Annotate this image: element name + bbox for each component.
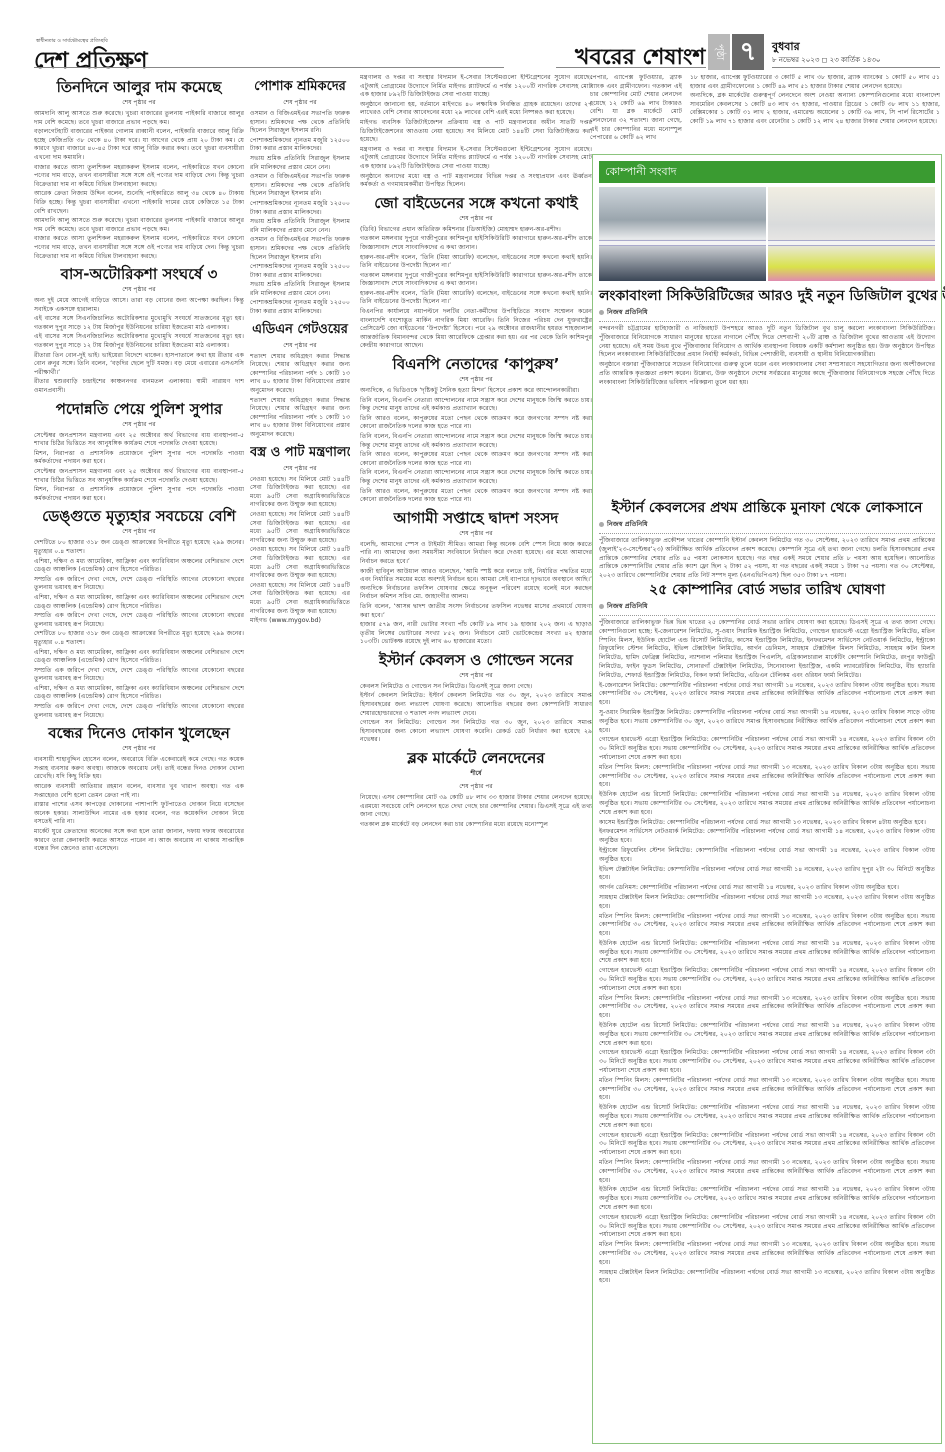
paragraph: গোল্ডেন হারভেস্ট এগ্রো ইন্ডাস্ট্রিজ লিমি… bbox=[599, 1214, 935, 1240]
article-bus-collision: বাস-অটোরিকশা সংঘর্ষে ৩ শেষ পৃষ্ঠার পর অন… bbox=[34, 265, 244, 396]
byline-text: নিজস্ব প্রতিনিধি bbox=[607, 308, 648, 316]
paragraph: ইস্টার্ন কেবলস লিমিটেড: ইস্টার্ন কেবলস ল… bbox=[360, 692, 592, 718]
byline: নিজস্ব প্রতিনিধি bbox=[599, 601, 935, 612]
paragraph: (ডিবি) বিভাগের প্রধান অতিরিক্ত কমিশনার (… bbox=[360, 226, 592, 235]
article-eastern-cables-loss: ইস্টার্ন কেবলসের প্রথম প্রান্তিকে মুনাফা… bbox=[599, 499, 935, 582]
article-potato-price: তিনদিনে আলুর দাম কমেছে শেষ পৃষ্ঠার পর আম… bbox=[34, 78, 244, 261]
paragraph: শতাংশ শেয়ার অধিগ্রহণ করার সিদ্ধান্ত নিয… bbox=[250, 397, 350, 440]
paragraph: মতিন স্পিনিং মিলস: কোম্পানিটির পরিচালনা … bbox=[599, 764, 935, 790]
paragraph: অন্যদিকে, ব্লক মার্কেটের গুরুত্বপূর্ণ লে… bbox=[690, 92, 940, 126]
continued-label: শেষ পৃষ্ঠার পর bbox=[250, 97, 350, 108]
paragraph: এই বাসের সঙ্গে সিএনজিচালিত অটোরিকশার মুখ… bbox=[34, 315, 244, 332]
paragraph: মন্ত্রণালয় ও দপ্তর বা সংস্থার বিদ্যমান … bbox=[360, 146, 592, 172]
company-news-header: কোম্পানী সংবাদ bbox=[599, 161, 935, 183]
paragraph: তিনি বলেন, ‘আসন্ন দ্বাদশ জাতীয় সংসদ নির… bbox=[360, 603, 592, 620]
article-bnp-leaders: বিএনপি নেতাদের ‘কাপুরুষ’ শেষ পৃষ্ঠার পর … bbox=[360, 355, 592, 505]
paragraph: সেপ্টেম্বর জনপ্রশাসন মন্ত্রণালয় এবং ২৫ … bbox=[34, 432, 244, 449]
paragraph: মিশন, নিরাপত্তা ও প্রশাসনিক প্রয়োজনে পু… bbox=[34, 486, 244, 503]
article-dengue: ডেঙ্গুতে মৃত্যুহার সবচেয়ে বেশি শেষ পৃষ্… bbox=[34, 507, 244, 720]
paragraph: বলেছি, আমাদের স্পেস ও টাইমটা সীমিত। আমরা… bbox=[360, 541, 592, 567]
article-headline[interactable]: বন্ধের দিনেও দোকান খুলেছেন bbox=[34, 724, 244, 742]
article-eastern-cables-golden-son: ইস্টার্ন কেবলস ও গোল্ডেন সনের শেষ পৃষ্ঠা… bbox=[360, 651, 592, 745]
byline-text: নিজস্ব প্রতিনিধি bbox=[607, 602, 648, 610]
photo-right-ribbon-cutting bbox=[768, 187, 935, 281]
paragraph: তিনি আরও বলেন, কাপুরুষের মতো পেছন থেকে আ… bbox=[360, 415, 592, 432]
article-headline[interactable]: ২৫ কোম্পানির বোর্ড সভার তারিখ ঘোষণা bbox=[599, 581, 935, 599]
paragraph: এশিয়া, দক্ষিণ ও মধ্য আমেরিকা, আফ্রিকা এ… bbox=[34, 558, 244, 575]
article-headline[interactable]: বিএনপি নেতাদের ‘কাপুরুষ’ bbox=[360, 355, 592, 373]
article-headline[interactable]: ইস্টার্ন কেবলসের প্রথম প্রান্তিকে মুনাফা… bbox=[599, 499, 935, 517]
paragraph: অনুষ্ঠানে অন্যদের মধ্যে বস্ত্র ও পাট মন্… bbox=[360, 173, 592, 190]
paragraph: সভায় শ্রমিক প্রতিনিধি সিরাজুল ইসলাম রনি… bbox=[250, 281, 350, 298]
continued-label: শেষ পৃষ্ঠার পর bbox=[360, 374, 592, 385]
continued-label: শেষ পৃষ্ঠার পর bbox=[34, 419, 244, 430]
continued-label: শেষ পৃষ্ঠার পর bbox=[360, 213, 592, 224]
bullet-icon bbox=[599, 604, 604, 609]
paragraph: গোল্ডেন হারভেস্ট এগ্রো ইন্ডাস্ট্রিজ লিমি… bbox=[599, 1049, 935, 1075]
article-block-market: ব্লক মার্কেটে লেনদেনের শীর্ষে শেষ পৃষ্ঠা… bbox=[360, 749, 592, 829]
paragraph: ইউনিক হোটেল এন্ড রিসোর্ট লিমিটেড: কোম্পা… bbox=[599, 940, 935, 966]
paragraph: তিনি আরও বলেন, কাপুরুষের মতো পেছন থেকে আ… bbox=[360, 488, 592, 505]
byline-text: নিজস্ব প্রতিনিধি bbox=[607, 520, 648, 528]
ribbon bbox=[599, 240, 766, 246]
paragraph: ই-জেনারেশন লিমিটেড: কোম্পানিটির পরিচালনা… bbox=[599, 682, 935, 708]
paragraph: রীতার শ্বশুরবাড়ি চন্দ্রাইশের কাঞ্চননগর … bbox=[34, 378, 244, 395]
article-body: দেশটিতে ৮০ হাজার ৩১৮ জন ডেঙ্গু আক্রান্তে… bbox=[34, 539, 244, 720]
continued-label: শেষ পৃষ্ঠার পর bbox=[34, 743, 244, 754]
masthead: স্বাধীনতার ও সার্বভৌমত্বের প্রতিচ্ছবি দে… bbox=[0, 0, 945, 72]
article-headline[interactable]: আগামী সপ্তাহে দ্বাদশ সংসদ bbox=[360, 509, 592, 527]
paragraph: দেশটিতে ৮০ হাজার ৩১৮ জন ডেঙ্গু আক্রান্তে… bbox=[34, 539, 244, 556]
paragraph: কাসেম ইন্ডাস্ট্রিজ লিমিটেড: কোম্পানিটির … bbox=[599, 819, 935, 828]
paragraph: আর্গন ডেনিমস: কোম্পানিটির পরিচালনা পর্ষদ… bbox=[599, 884, 935, 893]
paragraph: আমদানি আলু আসতে শুরু করেছে। খুচরা বাজারে… bbox=[34, 217, 244, 234]
paragraph: সভায় শ্রমিক প্রতিনিধি সিরাজুল ইসলাম রনি… bbox=[250, 218, 350, 235]
column-left: তিনদিনে আলুর দাম কমেছে শেষ পৃষ্ঠার পর আম… bbox=[34, 74, 244, 1444]
paragraph: পোশাকশ্রমিকদের ন্যূনতম মজুরি ১২৫০০ টাকা … bbox=[250, 200, 350, 217]
header-divider bbox=[772, 67, 940, 68]
paragraph: নেওয়া হয়েছে। সব মিলিয়ে মোট ১৪৪টি সেবা… bbox=[250, 582, 350, 616]
paragraph: মন্ত্রণালয় ও দপ্তর বা সংস্থার বিদ্যমান … bbox=[360, 74, 592, 100]
paragraph: ইনফরমেশন সার্ভিসেস নেটওয়ার্ক লিমিটেড: ক… bbox=[599, 828, 935, 846]
article-body: পেপার, এ্যাপেক্স ফুটওয়্যার, ব্র্যাক ব্য… bbox=[590, 74, 682, 143]
paragraph: অনুষ্ঠানে বক্তারা পুঁজিবাজারে সচেতন বিনি… bbox=[599, 361, 935, 387]
article-body: অন্য দুই মেয়ে আগেই বাড়িতে আসে। তারা বড… bbox=[34, 297, 244, 396]
paragraph: মতিন স্পিনিং মিলস: কোম্পানিটির পরিচালনা … bbox=[599, 913, 935, 939]
continued-label: শেষ পৃষ্ঠার পর bbox=[250, 340, 350, 351]
article-body: পুঁজিবাজারে তালিকাভুক্ত ভিন্ন ভিন্ন খাতে… bbox=[599, 619, 935, 1286]
paragraph: মাইগভ ব্যবসিক ডিজিটাইজেশন প্রক্রিয়ায় ব… bbox=[360, 119, 592, 145]
paragraph: কাজী হাবিবুল আউয়াল আরও বলেছেন, ‘আমি স্প… bbox=[360, 568, 592, 602]
paragraph: মতিন স্পিনিং মিলস: কোম্পানিটির পরিচালনা … bbox=[599, 1241, 935, 1267]
paragraph: নিয়েছে। এসব কোম্পানির মোট ৩৯ কোটি ৪৮ লা… bbox=[360, 794, 592, 820]
continued-label: শেষ পৃষ্ঠার পর bbox=[250, 463, 350, 474]
company-news-box: কোম্পানী সংবাদ লংকাবাংলা সিকিউরিটিজের আর… bbox=[592, 154, 942, 1444]
paragraph: তিনি আরও বলেন, কাপুরুষের মতো পেছন থেকে আ… bbox=[360, 451, 592, 468]
paragraph: তিনি বলেন, বিএনপি নেতারা আন্দোলনের নামে … bbox=[360, 469, 592, 486]
paragraph: সেপ্টেম্বর জনপ্রশাসন মন্ত্রণালয় এবং ২৫ … bbox=[34, 468, 244, 485]
article-headline[interactable]: এডিএন গেটওয়ের bbox=[250, 321, 350, 339]
issue-date: ৮ নভেম্বর ২০২৩ ◻ ২৩ কার্তিক ১৪৩০ bbox=[772, 54, 880, 66]
paragraph: বড়ালগেটহাটি বাজারের পাইকার গোলাম রাব্বা… bbox=[34, 128, 244, 162]
paragraph: মার্কেট ঘুরে ক্রেতাদের অনেকের সঙ্গে কথা … bbox=[34, 828, 244, 854]
paragraph: সম্প্রতি এক জরিপে দেখা গেছে, দেশে ডেঙ্গু… bbox=[34, 576, 244, 593]
header-divider bbox=[34, 67, 504, 68]
byline: নিজস্ব প্রতিনিধি bbox=[599, 519, 935, 530]
mygov-link[interactable]: মাইগভ (www.mygov.bd) bbox=[250, 617, 350, 626]
paragraph: তিনি বলেন, বিএনপি নেতারা আন্দোলনের নামে … bbox=[360, 433, 592, 450]
paragraph: ইউনিক হোটেল এন্ড রিসোর্ট লিমিটেড: কোম্পা… bbox=[599, 1186, 935, 1212]
paragraph: পুঁজিবাজারে তালিকাভুক্ত ভিন্ন ভিন্ন খাতে… bbox=[599, 619, 935, 681]
article-garment-workers: পোশাক শ্রমিকদের শেষ পৃষ্ঠার পর ওসমান ও ব… bbox=[250, 78, 350, 317]
article-headline[interactable]: বাস-অটোরিকশা সংঘর্ষে ৩ bbox=[34, 265, 244, 283]
article-headline[interactable]: জো বাইডেনের সঙ্গে কখনো কথাই bbox=[360, 194, 592, 212]
article-shops-open: বন্ধের দিনেও দোকান খুলেছেন শেষ পৃষ্ঠার প… bbox=[34, 724, 244, 854]
paragraph: সায়হাম টেক্সটাইল মিলস লিমিটেড: কোম্পানি… bbox=[599, 894, 935, 912]
paragraph: ব্যবসায়ী শাহাবুদ্দিন হোসেন বলেন, অবরোধে… bbox=[34, 756, 244, 782]
article-body: ওসমান ও বিজিএমইএর সভাপতি ফারুক হাসান। শ্… bbox=[250, 110, 350, 317]
paragraph: সু-ওয়াং সিরামিক ইন্ডাস্ট্রিজ লিমিটেড: ক… bbox=[599, 709, 935, 735]
paragraph: ১৮ হাজার, এ্যাপেক্স ফুটওয়্যারের ৩ কোটি … bbox=[690, 74, 940, 91]
continued-label: শেষ পৃষ্ঠার পর bbox=[34, 97, 244, 108]
article-headline[interactable]: পদোন্নতি পেয়ে পুলিশ সুপার bbox=[34, 400, 244, 418]
continued-label: শেষ পৃষ্ঠার পর bbox=[360, 670, 592, 681]
paragraph: পুঁজিবাজারে তালিকাভুক্ত প্রকৌশল খাতের কো… bbox=[599, 537, 935, 581]
article-lankabangla: লংকাবাংলা সিকিউরিটিজের আরও দুই নতুন ডিজি… bbox=[599, 287, 935, 389]
paragraph: রাস্তার পাশের এসব কাপড়ের দোকানের পাশাপা… bbox=[34, 801, 244, 827]
paragraph: এশিয়া, দক্ষিণ ও মধ্য আমেরিকা, আফ্রিকা এ… bbox=[34, 685, 244, 702]
article-textile-ministry: বস্ত্র ও পাট মন্ত্রণালয়ের শেষ পৃষ্ঠার প… bbox=[250, 444, 350, 626]
continued-label: শেষ পৃষ্ঠার পর bbox=[34, 526, 244, 537]
paragraph: নেওয়া হয়েছে। সব মিলিয়ে মোট ১৪৪টি সেবা… bbox=[250, 476, 350, 510]
paragraph: আরেক ক্রেতা নিজাম উদ্দিন বলেন, শুনেছি পা… bbox=[34, 190, 244, 216]
paragraph: এশিয়া, দক্ষিণ ও মধ্য আমেরিকা, আফ্রিকা এ… bbox=[34, 649, 244, 666]
article-board-meetings: ২৫ কোম্পানির বোর্ড সভার তারিখ ঘোষণা নিজস… bbox=[599, 581, 935, 1436]
article-body: শতাংশ শেয়ার অধিগ্রহণ করার সিদ্ধান্ত নিয… bbox=[250, 353, 350, 440]
article-mygov-continued: মন্ত্রণালয় ও দপ্তর বা সংস্থার বিদ্যমান … bbox=[360, 74, 592, 190]
page-number: ৭ bbox=[732, 34, 764, 70]
article-body: ব্যবসায়ী শাহাবুদ্দিন হোসেন বলেন, অবরোধে… bbox=[34, 756, 244, 854]
paragraph: গোল্ডেন হারভেস্ট এগ্রো ইন্ডাস্ট্রিজ লিমি… bbox=[599, 1132, 935, 1158]
paragraph: পোশাকশ্রমিকদের ন্যূনতম মজুরি ১২৫০০ টাকা … bbox=[250, 299, 350, 316]
paragraph: গতকাল মঙ্গলবার দুপুরে গাজীপুরের কাশিমপুর… bbox=[360, 272, 592, 289]
paragraph: ওসমান ও বিজিএমইএর সভাপতি ফারুক হাসান। শ্… bbox=[250, 173, 350, 199]
inauguration-photo bbox=[599, 187, 935, 281]
header-divider bbox=[556, 67, 706, 68]
article-body: (ডিবি) বিভাগের প্রধান অতিরিক্ত কমিশনার (… bbox=[360, 226, 592, 351]
paragraph: গোল্ডেন হারভেস্ট এগ্রো ইন্ডাস্ট্রিজ লিমি… bbox=[599, 967, 935, 993]
column-middle-narrow: পোশাক শ্রমিকদের শেষ পৃষ্ঠার পর ওসমান ও ব… bbox=[250, 74, 350, 1444]
article-body: মন্ত্রণালয় ও দপ্তর বা সংস্থার বিদ্যমান … bbox=[360, 74, 592, 190]
paragraph: ইভিন্স টেক্সটাইল লিমিটেড: কোম্পানিটির পর… bbox=[599, 866, 935, 884]
paragraph: গতকাল ব্লক মার্কেটে বড় লেনদেন করা চার ক… bbox=[360, 821, 592, 830]
paragraph: পোশাকশ্রমিকদের ন্যূনতম মজুরি ১২৫০০ টাকা … bbox=[250, 263, 350, 280]
article-body: বলেছি, আমাদের স্পেস ও টাইমটা সীমিত। আমরা… bbox=[360, 541, 592, 647]
article-biden: জো বাইডেনের সঙ্গে কখনো কথাই শেষ পৃষ্ঠার … bbox=[360, 194, 592, 351]
article-headline[interactable]: পোশাক শ্রমিকদের bbox=[250, 78, 350, 96]
headline-subtitle: শীর্ষে bbox=[360, 768, 592, 779]
paragraph: নেওয়া হয়েছে। সব মিলিয়ে মোট ১৪৪টি সেবা… bbox=[250, 546, 350, 580]
article-headline[interactable]: বস্ত্র ও পাট মন্ত্রণালয়ের bbox=[250, 444, 350, 462]
article-body: অন্যদিকে, এ ভিডিওকে ‘দৃষ্টিকটু সৈনিক হত্… bbox=[360, 387, 592, 505]
dotted-divider bbox=[599, 533, 935, 534]
ribbon bbox=[768, 240, 935, 246]
paragraph: বন্দরনগরী চট্টগ্রামের হাটহাজারী ও নাজিরহ… bbox=[599, 325, 935, 360]
article-body: পুঁজিবাজারে তালিকাভুক্ত প্রকৌশল খাতের কো… bbox=[599, 537, 935, 581]
article-headline[interactable]: লংকাবাংলা সিকিউরিটিজের আরও দুই নতুন ডিজি… bbox=[599, 287, 935, 305]
article-body: সেপ্টেম্বর জনপ্রশাসন মন্ত্রণালয় এবং ২৫ … bbox=[34, 432, 244, 504]
paragraph: সায়হাম টেক্সটাইল মিলস লিমিটেড: কোম্পানি… bbox=[599, 1269, 935, 1287]
paragraph: হারুন-অর-রশীদ বলেন, ‘তিনি (মিয়া আরেফি) … bbox=[360, 290, 592, 307]
paragraph: হাজার ৫৭৯ জন, নারী ভোটার সংখ্যা পাঁচ কোট… bbox=[360, 621, 592, 647]
paragraph: মতিন স্পিনিং মিলস: কোম্পানিটির পরিচালনা … bbox=[599, 1159, 935, 1185]
paragraph: অন্যদিকে, এ ভিডিওকে ‘দৃষ্টিকটু সৈনিক হত্… bbox=[360, 387, 592, 396]
bullet-icon bbox=[599, 310, 604, 315]
article-police-promotion: পদোন্নতি পেয়ে পুলিশ সুপার শেষ পৃষ্ঠার প… bbox=[34, 400, 244, 504]
article-parliament: আগামী সপ্তাহে দ্বাদশ সংসদ শেষ পৃষ্ঠার পর… bbox=[360, 509, 592, 647]
paragraph: ইউনিক হোটেল এন্ড রিসোর্ট লিমিটেড: কোম্পা… bbox=[599, 1104, 935, 1130]
bullet-icon bbox=[599, 522, 604, 527]
paragraph: আমদানি আলু আসতে শুরু করেছে। খুচরা বাজারে… bbox=[34, 110, 244, 127]
article-body: নেওয়া হয়েছে। সব মিলিয়ে মোট ১৪৪টি সেবা… bbox=[250, 476, 350, 626]
paragraph: শতাংশ শেয়ার অধিগ্রহণ করার সিদ্ধান্ত নিয… bbox=[250, 353, 350, 396]
paragraph: সম্প্রতি এক জরিপে দেখা গেছে, দেশে ডেঙ্গু… bbox=[34, 703, 244, 720]
article-body: বন্দরনগরী চট্টগ্রামের হাটহাজারী ও নাজিরহ… bbox=[599, 325, 935, 388]
continued-label: শেষ পৃষ্ঠার পর bbox=[34, 284, 244, 295]
paragraph: ইউনিক হোটেল এন্ড রিসোর্ট লিমিটেড: কোম্পা… bbox=[599, 791, 935, 817]
paragraph: দেশটিতে ৮০ হাজার ৩১৮ জন ডেঙ্গু আক্রান্তে… bbox=[34, 630, 244, 647]
article-body: আমদানি আলু আসতে শুরু করেছে। খুচরা বাজারে… bbox=[34, 110, 244, 261]
paragraph: সম্প্রতি এক জরিপে দেখা গেছে, দেশে ডেঙ্গু… bbox=[34, 612, 244, 629]
paragraph: বাজার করতে আসা তুলশিকল মহরাকরুল ইসলাম বল… bbox=[34, 235, 244, 261]
article-headline[interactable]: তিনদিনে আলুর দাম কমেছে bbox=[34, 78, 244, 96]
paragraph: মতিন স্পিনিং মিলস: কোম্পানিটির পরিচালনা … bbox=[599, 995, 935, 1021]
article-headline[interactable]: ইস্টার্ন কেবলস ও গোল্ডেন সনের bbox=[360, 651, 592, 669]
photo-left-ribbon-cutting bbox=[599, 187, 766, 281]
paragraph: বাজার করতে আসা তুলশিকল মহরাকরুল ইসলাম বল… bbox=[34, 164, 244, 190]
paragraph: বিএনপির কার্যালয়ে নয়াপল্টনে দলটির নেতা… bbox=[360, 308, 592, 351]
article-headline[interactable]: ব্লক মার্কেটে লেনদেনের bbox=[360, 749, 592, 767]
paragraph: ওসমান ও বিজিএমইএর সভাপতি ফারুক হাসান। শ্… bbox=[250, 236, 350, 262]
paragraph: রীতারা তিন বোন-দুই ভাই। ভাইয়েরা বিদেশে … bbox=[34, 352, 244, 378]
paragraph: গোল্ডেন হারভেস্ট এগ্রো ইন্ডাস্ট্রিজ লিমি… bbox=[599, 736, 935, 762]
section-title: খবরের শেষাংশ bbox=[575, 40, 705, 77]
article-body: কেবলস লিমিটেড ও গোল্ডেন সন লিমিটেড। ডিএস… bbox=[360, 683, 592, 745]
block-market-continuation: পেপার, এ্যাপেক্স ফুটওয়্যার, ব্র্যাক ব্য… bbox=[590, 74, 940, 154]
paragraph: ওসমান ও বিজিএমইএর সভাপতি ফারুক হাসান। শ্… bbox=[250, 110, 350, 136]
paragraph: মতিন স্পিনিং মিলস: কোম্পানিটির পরিচালনা … bbox=[599, 1077, 935, 1103]
paragraph: গতকাল মঙ্গলবার দুপুরে গাজীপুরের কাশিমপুর… bbox=[360, 235, 592, 252]
paragraph: ইউনিক হোটেল এন্ড রিসোর্ট লিমিটেড: কোম্পা… bbox=[599, 1022, 935, 1048]
paragraph: এশিয়া, দক্ষিণ ও মধ্য আমেরিকা, আফ্রিকা এ… bbox=[34, 594, 244, 611]
dotted-divider bbox=[599, 615, 935, 616]
paragraph: হারুন-অর-রশীদ বলেন, ‘তিনি (মিয়া আরেফি) … bbox=[360, 254, 592, 271]
continued-label: শেষ পৃষ্ঠার পর bbox=[360, 781, 592, 792]
paragraph: অনুষ্ঠানে জানানো হয়, বর্তমানে মাইগভে ৪০… bbox=[360, 101, 592, 118]
paragraph: ইন্ট্রাকো রিফুয়েলিং স্টেশন লিমিটেড: কোম… bbox=[599, 847, 935, 865]
paragraph: গোল্ডেন সন লিমিটেড: গোল্ডেন সন লিমিটেড গ… bbox=[360, 719, 592, 745]
byline: নিজস্ব প্রতিনিধি bbox=[599, 307, 935, 318]
paragraph: মিশন, নিরাপত্তা ও প্রশাসনিক প্রয়োজনে পু… bbox=[34, 450, 244, 467]
column-center: মন্ত্রণালয় ও দপ্তর বা সংস্থার বিদ্যমান … bbox=[360, 74, 592, 1444]
paragraph: নেওয়া হয়েছে। সব মিলিয়ে মোট ১৪৪টি সেবা… bbox=[250, 511, 350, 545]
dotted-divider bbox=[599, 321, 935, 322]
paragraph: আরেক ব্যবসায়ী আতিয়ার রহমান বলেন, ব্যবস… bbox=[34, 783, 244, 800]
article-headline[interactable]: ডেঙ্গুতে মৃত্যুহার সবচেয়ে বেশি bbox=[34, 507, 244, 525]
paragraph: সভায় শ্রমিক প্রতিনিধি সিরাজুল ইসলাম রনি… bbox=[250, 155, 350, 172]
article-body: ১৮ হাজার, এ্যাপেক্স ফুটওয়্যারের ৩ কোটি … bbox=[690, 74, 940, 128]
continued-label: শেষ পৃষ্ঠার পর bbox=[360, 528, 592, 539]
article-body: নিয়েছে। এসব কোম্পানির মোট ৩৯ কোটি ৪৮ লা… bbox=[360, 794, 592, 829]
paragraph: সম্প্রতি এক জরিপে দেখা গেছে, দেশে ডেঙ্গু… bbox=[34, 667, 244, 684]
paragraph: কেবলস লিমিটেড ও গোল্ডেন সন লিমিটেড। ডিএস… bbox=[360, 683, 592, 692]
article-adn-gateway: এডিএন গেটওয়ের শেষ পৃষ্ঠার পর শতাংশ শেয়… bbox=[250, 321, 350, 440]
paragraph: এই বাসের সঙ্গে সিএনজিচালিত অটোরিকশার মুখ… bbox=[34, 333, 244, 350]
paragraph: তিনি বলেন, বিএনপি নেতারা আন্দোলনের নামে … bbox=[360, 397, 592, 414]
page-label: পৃষ্ঠা bbox=[708, 34, 730, 70]
paragraph: পোশাকশ্রমিকদের ন্যূনতম মজুরি ১২৫০০ টাকা … bbox=[250, 137, 350, 154]
paragraph: অন্য দুই মেয়ে আগেই বাড়িতে আসে। তারা বড… bbox=[34, 297, 244, 314]
